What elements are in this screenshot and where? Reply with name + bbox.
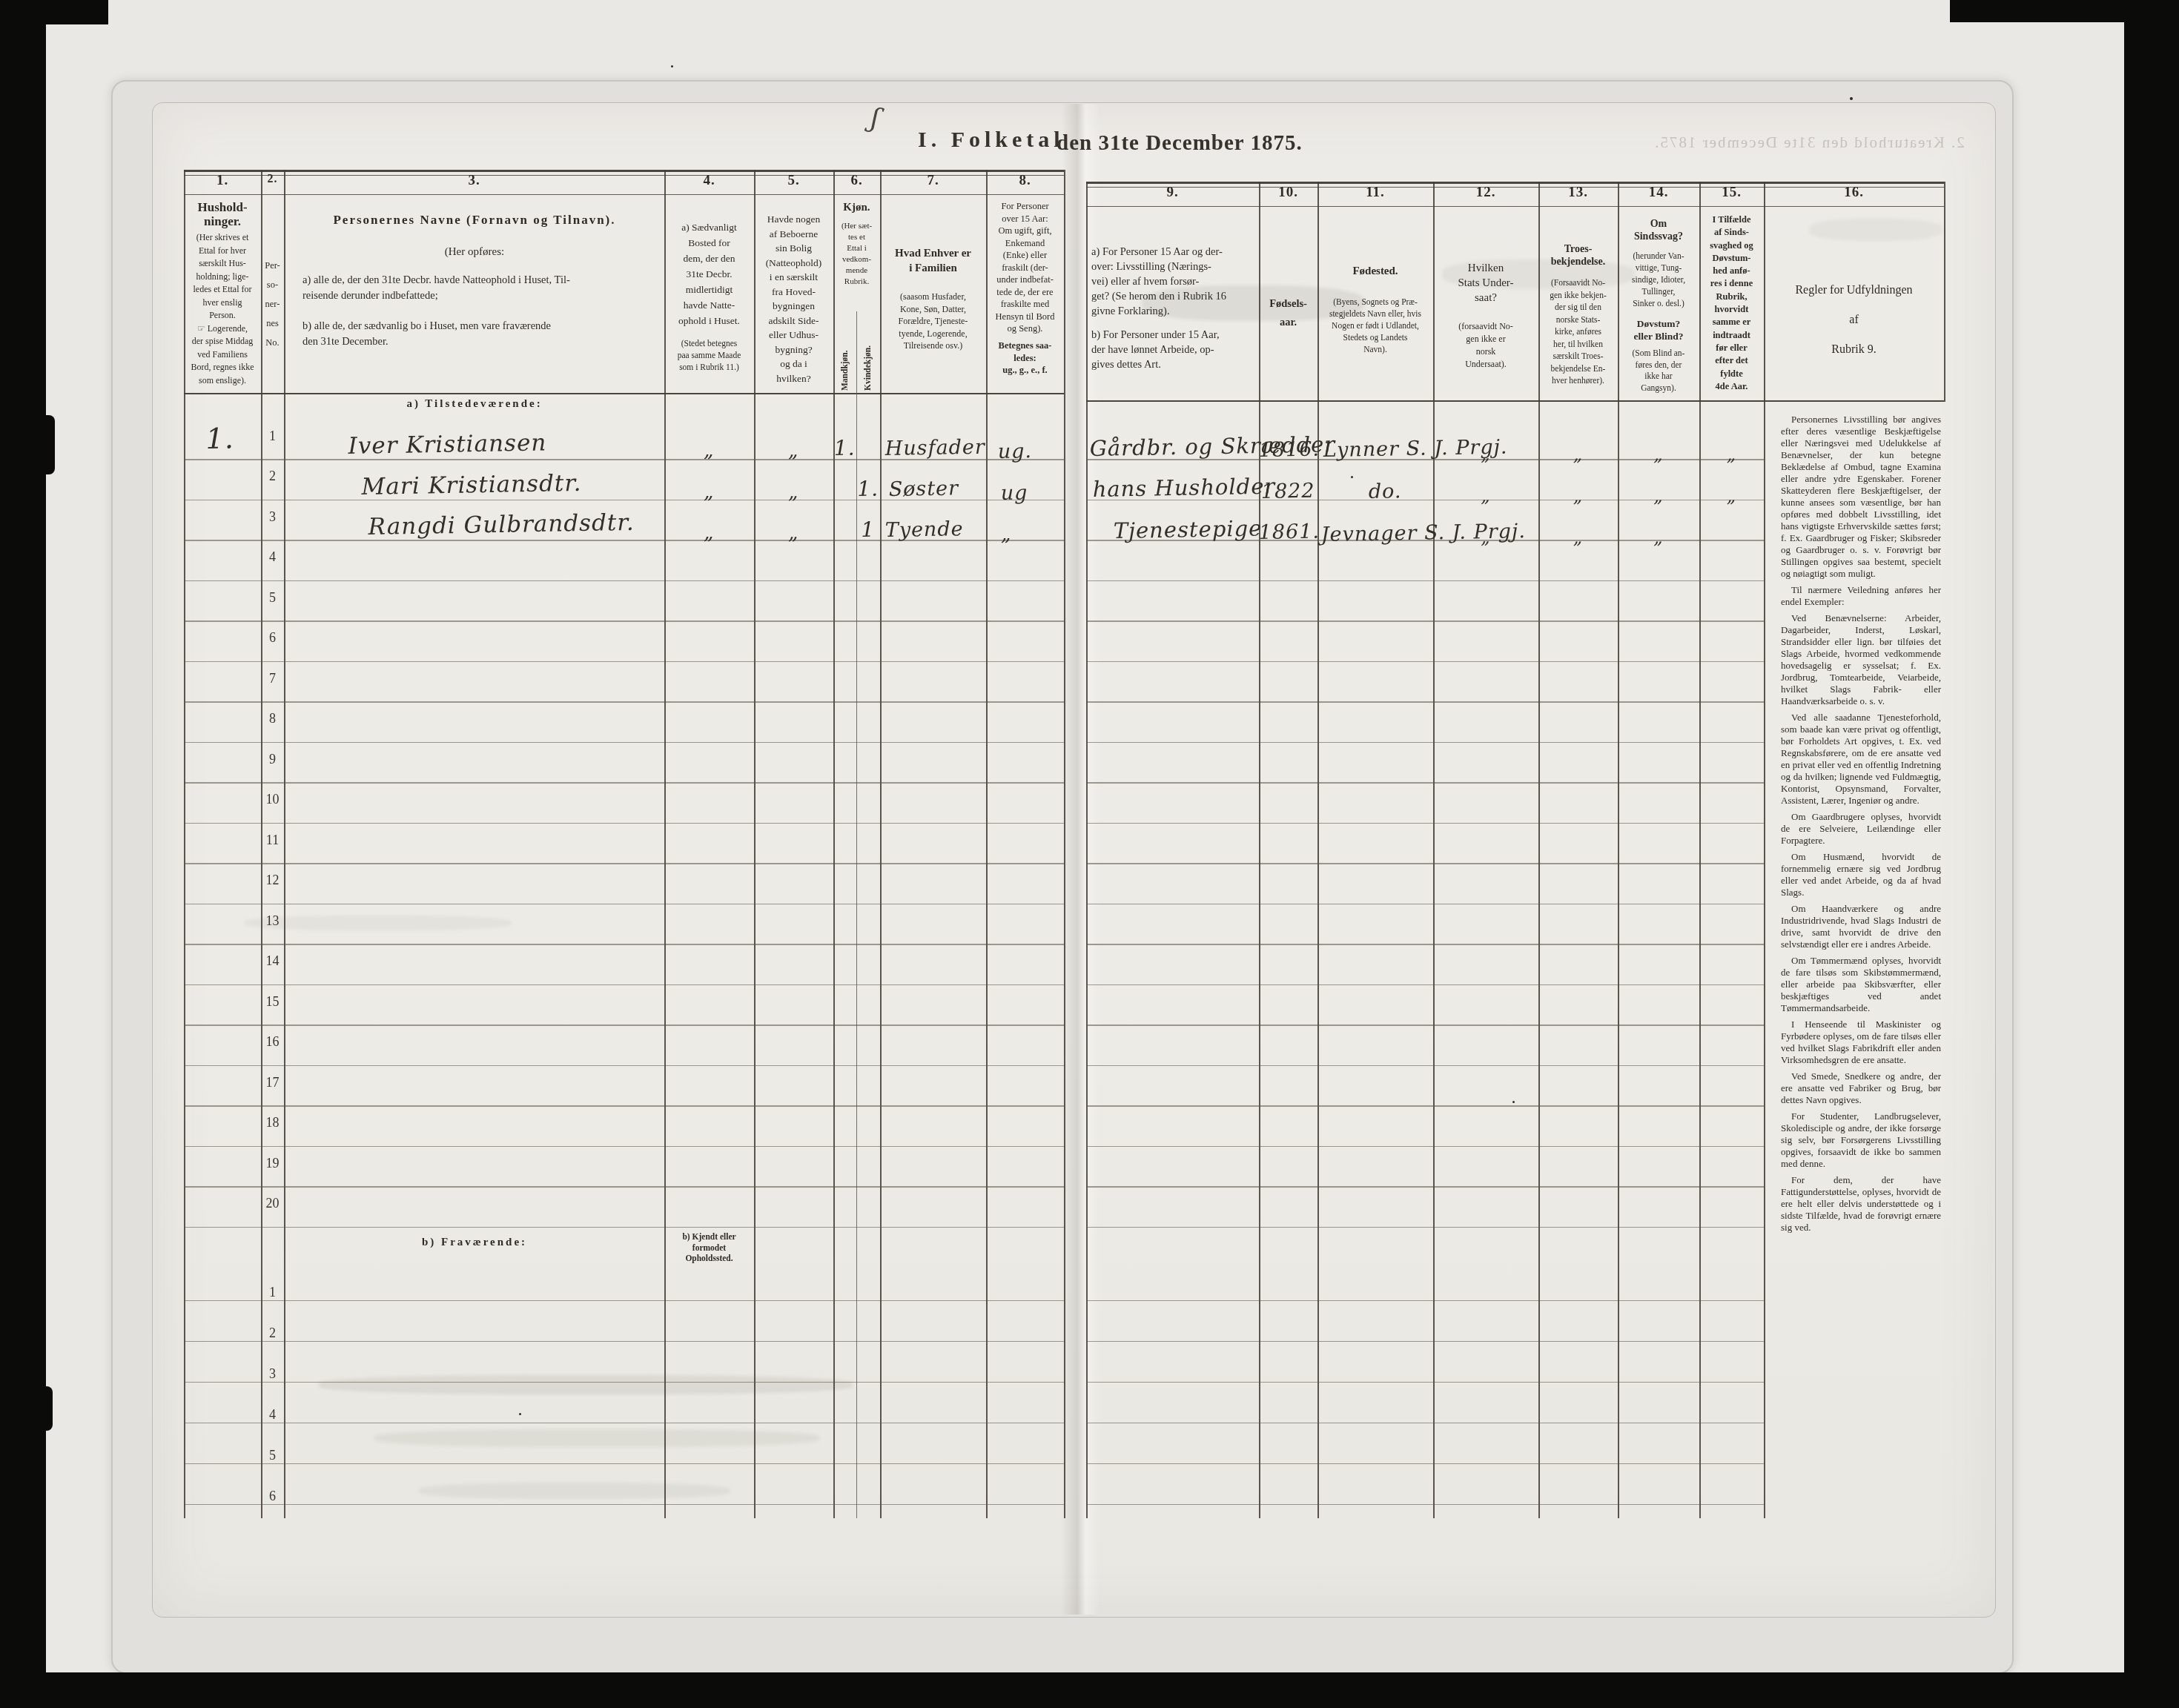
col-16-number: 16. [1764,185,1944,201]
col-12-number: 12. [1433,185,1538,201]
entry-ditto-13: „ [1538,443,1618,466]
entry-status: „ [1000,523,1011,546]
bleed-smudge-3 [1809,219,1942,241]
col-7-note: (saasom Husfader, Kone, Søn, Datter, For… [882,291,985,352]
row-number-a: 8 [261,711,284,726]
household-number: 1. [205,422,234,455]
entry-bosted-ditto: „ [664,521,754,545]
entry-female-mark: 1. [856,476,880,501]
scan-border-bottom [0,1672,2179,1708]
col-3-title: Personernes Navne (Fornavn og Tilnavn). [293,213,656,228]
right-rows-b-lines [1086,1260,1764,1505]
col-8-title: For Personer over 15 Aar: Om ugift, gift… [988,200,1062,335]
col-14-note-2: (Som Blind an- føres den, der ikke har G… [1619,348,1698,394]
col-6-note: (Her sæt- tes et Ettal i vedkom- mende R… [833,221,880,288]
row-number-b: 6 [261,1489,284,1504]
entry-ditto-12: „ [1433,526,1538,549]
left-header-bottom-rule [184,393,1064,394]
entry-name: Mari Kristiansdtr. [361,470,582,500]
col-2-number: 2. [261,173,284,186]
rules-paragraph: Om Gaardbrugere oplyses, hvorvidt de ere… [1781,811,1941,847]
col-9-number: 9. [1086,185,1259,201]
section-a-label: a) Tilstedeværende: [293,398,656,411]
col-15-number: 15. [1699,185,1764,201]
left-table-top-rule [184,170,1064,172]
col-16-title: Regler for Udfyldningen af Rubrik 9. [1764,276,1944,365]
rules-paragraph: Ved Smede, Snedkere og andre, der ere an… [1781,1070,1941,1106]
row-number-a: 17 [261,1075,284,1090]
rules-column-text: Personernes Livsstilling bør angives eft… [1781,414,1941,1238]
row-number-b: 3 [261,1366,284,1382]
entry-status: ug [1000,481,1028,505]
entry-family: Husfader [885,436,985,460]
row-number-a: 18 [261,1115,284,1131]
col-11-note: (Byens, Sognets og Præ- stegjeldets Navn… [1319,297,1432,356]
row-number-a: 19 [261,1156,284,1171]
rules-paragraph: For dem, der have Fattigunderstøttelse, … [1781,1174,1941,1234]
left-rows-b-lines [184,1260,1064,1505]
entry-bolig-ditto: „ [753,439,833,463]
col-6-number: 6. [833,173,880,189]
row-number-a: 4 [261,549,284,565]
entry-ditto-14: „ [1618,485,1699,507]
entry-bolig-ditto: „ [753,521,833,545]
dust-speck-1 [1850,97,1853,100]
col-7-title: Hvad Enhver er i Familien [883,246,983,276]
entry-name: Iver Kristiansen [348,429,546,460]
row-number-b: 4 [261,1407,284,1423]
rules-paragraph: Om Husmænd, hvorvidt de fornemmelig ernæ… [1781,851,1941,898]
col-12-title: Hvilken Stats Under- saat? [1435,261,1536,305]
scanned-census-page: 2. Kreaturhold den 31te December 1875. ʃ… [0,0,2179,1708]
scan-border-right [2124,0,2179,1708]
left-number-row-rule [184,194,1064,195]
entry-birthplace: do. [1368,480,1401,503]
col-6-female-label: Kvindekjøn. [859,308,878,391]
col-5-title: Havde nogen af Beboerne sin Bolig (Natte… [755,212,832,385]
col-13-note: (Forsaavidt No- gen ikke bekjen- der sig… [1540,277,1616,388]
rules-paragraph: Personernes Livsstilling bør angives eft… [1781,414,1941,580]
entry-occupation: hans Husholder [1092,474,1275,502]
rules-paragraph: Om Tømmermænd oplyses, hvorvidt de fare … [1781,955,1941,1014]
col-3-number: 3. [284,173,664,189]
entry-ditto-15: „ [1699,485,1764,507]
col-6-title: Kjøn. [833,202,880,214]
row-number-a: 5 [261,590,284,606]
row-number-a: 12 [261,873,284,888]
entry-born: 1816. [1258,438,1317,462]
row-number-a: 13 [261,913,284,929]
scan-border-top-right [1950,0,2179,22]
row-number-a: 9 [261,752,284,767]
col-1-number: 1. [184,173,261,189]
row-number-a: 10 [261,792,284,807]
col-10-number: 10. [1259,185,1317,201]
row-number-b: 5 [261,1448,284,1463]
row-number-a: 16 [261,1034,284,1050]
section-b-label: b) Fraværende: [293,1237,656,1249]
col-4-number: 4. [664,173,754,189]
entry-ditto-12: „ [1433,443,1538,466]
col-6-male-label: Mandkjøn. [836,308,855,391]
col-14-note: (herunder Van- vittige, Tung- sindige, I… [1619,251,1698,310]
col-4-section-b-note: b) Kjendt eller formodet Opholdssted. [666,1232,753,1265]
col-7-number: 7. [880,173,986,189]
col-11-number: 11. [1317,185,1433,201]
row-number-a: 2 [261,469,284,484]
entry-male-mark: 1. [833,435,856,460]
entry-bosted-ditto: „ [664,439,754,463]
row-number-a: 15 [261,994,284,1010]
right-vline-c16-right [1944,182,1945,402]
entry-ditto-14: „ [1618,526,1699,549]
rules-paragraph: Ved Benævnelserne: Arbeider, Dagarbeider… [1781,612,1941,707]
entry-status: ug. [997,440,1032,463]
entry-ditto-15: „ [1699,443,1764,466]
scan-border-notch-2 [46,1386,53,1431]
rules-paragraph: Ved alle saadanne Tjenesteforhold, som b… [1781,712,1941,807]
bleed-through-text: 2. Kreaturhold den 31te December 1875. [1620,133,1998,152]
rules-paragraph: Om Haandværkere og andre Industridrivend… [1781,903,1941,950]
entry-occupation: Tjenestepige [1113,516,1262,543]
entry-female-mark: 1 [856,517,880,542]
page-title-left: I. Folketal [918,128,1065,153]
col-12-note: (forsaavidt No- gen ikke er norsk Unders… [1435,320,1536,371]
col-14-title: Om Sindssvag? [1620,218,1697,243]
col-1-title: Hushold- ninger. [185,200,259,228]
col-14-title-2: Døvstum? eller Blind? [1620,317,1697,342]
row-number-a: 6 [261,630,284,646]
row-number-a: 7 [261,671,284,686]
row-number-b: 1 [261,1285,284,1300]
page-title-right: den 31te December 1875. [1057,131,1303,156]
col-9-item-a: a) For Personer 15 Aar og der- over: Liv… [1091,245,1257,319]
row-number-b: 2 [261,1325,284,1341]
col-9-item-b: b) For Personer under 15 Aar, der have l… [1091,328,1257,372]
dust-speck-2 [671,65,673,67]
entry-born: 1822 [1258,480,1317,503]
entry-family: Søster [888,477,959,501]
row-number-a: 11 [261,833,284,848]
entry-ditto-14: „ [1618,443,1699,466]
entry-bosted-ditto: „ [664,480,754,504]
entry-ditto-13: „ [1538,526,1618,549]
col-10-title: Fødsels- aar. [1260,295,1316,332]
row-number-a: 3 [261,509,284,525]
entry-ditto-12: „ [1433,485,1538,507]
col-3-item-b: b) alle de, der sædvanlig bo i Huset, me… [302,319,658,350]
scan-border-left [0,0,46,1708]
col-13-title: Troes- bekjendelse. [1541,243,1616,268]
col-8-number: 8. [986,173,1064,189]
col-3-item-a: a) alle de, der den 31te Decbr. havde Na… [302,273,658,304]
col-8-note: Betegnes saa- ledes: ug., g., e., f. [988,340,1062,377]
col-4-note: (Stedet betegnes paa samme Maade som i R… [666,338,753,374]
col-2-title: Per- so- ner- nes No. [261,256,284,352]
col-1-note: (Her skrives et Ettal for hver særskilt … [185,231,260,387]
col-4-title: a) Sædvanligt Bosted for dem, der den 31… [666,219,753,328]
row-number-a: 1 [261,428,284,444]
scan-border-top-left [0,0,108,24]
left-vline-right [1064,170,1065,1518]
rules-paragraph: For Studenter, Landbrugselever, Skoledis… [1781,1110,1941,1170]
right-header-bottom-rule [1086,400,1944,402]
right-table-top-rule [1086,182,1944,184]
entry-born: 1861. [1258,520,1317,544]
rules-paragraph: Til nærmere Veiledning anføres her endel… [1781,584,1941,608]
entry-name: Rangdi Gulbrandsdtr. [368,509,635,540]
right-vline-c15-c16 [1764,182,1765,1518]
entry-ditto-13: „ [1538,485,1618,507]
rules-paragraph: I Henseende til Maskinister og Fyrbødere… [1781,1019,1941,1066]
col-11-title: Fødested. [1320,265,1431,278]
col-13-number: 13. [1538,185,1618,201]
col-15-title: I Tilfælde af Sinds- svaghed og Døvstum-… [1701,213,1762,393]
scan-border-notch-1 [46,415,55,474]
row-number-a: 20 [261,1196,284,1211]
entry-bolig-ditto: „ [753,480,833,504]
right-number-row-rule [1086,206,1944,207]
row-number-a: 14 [261,953,284,969]
entry-family: Tyende [885,517,963,542]
col-5-number: 5. [754,173,833,189]
col-14-number: 14. [1618,185,1699,201]
col-3-sub: (Her opføres: [293,246,656,259]
